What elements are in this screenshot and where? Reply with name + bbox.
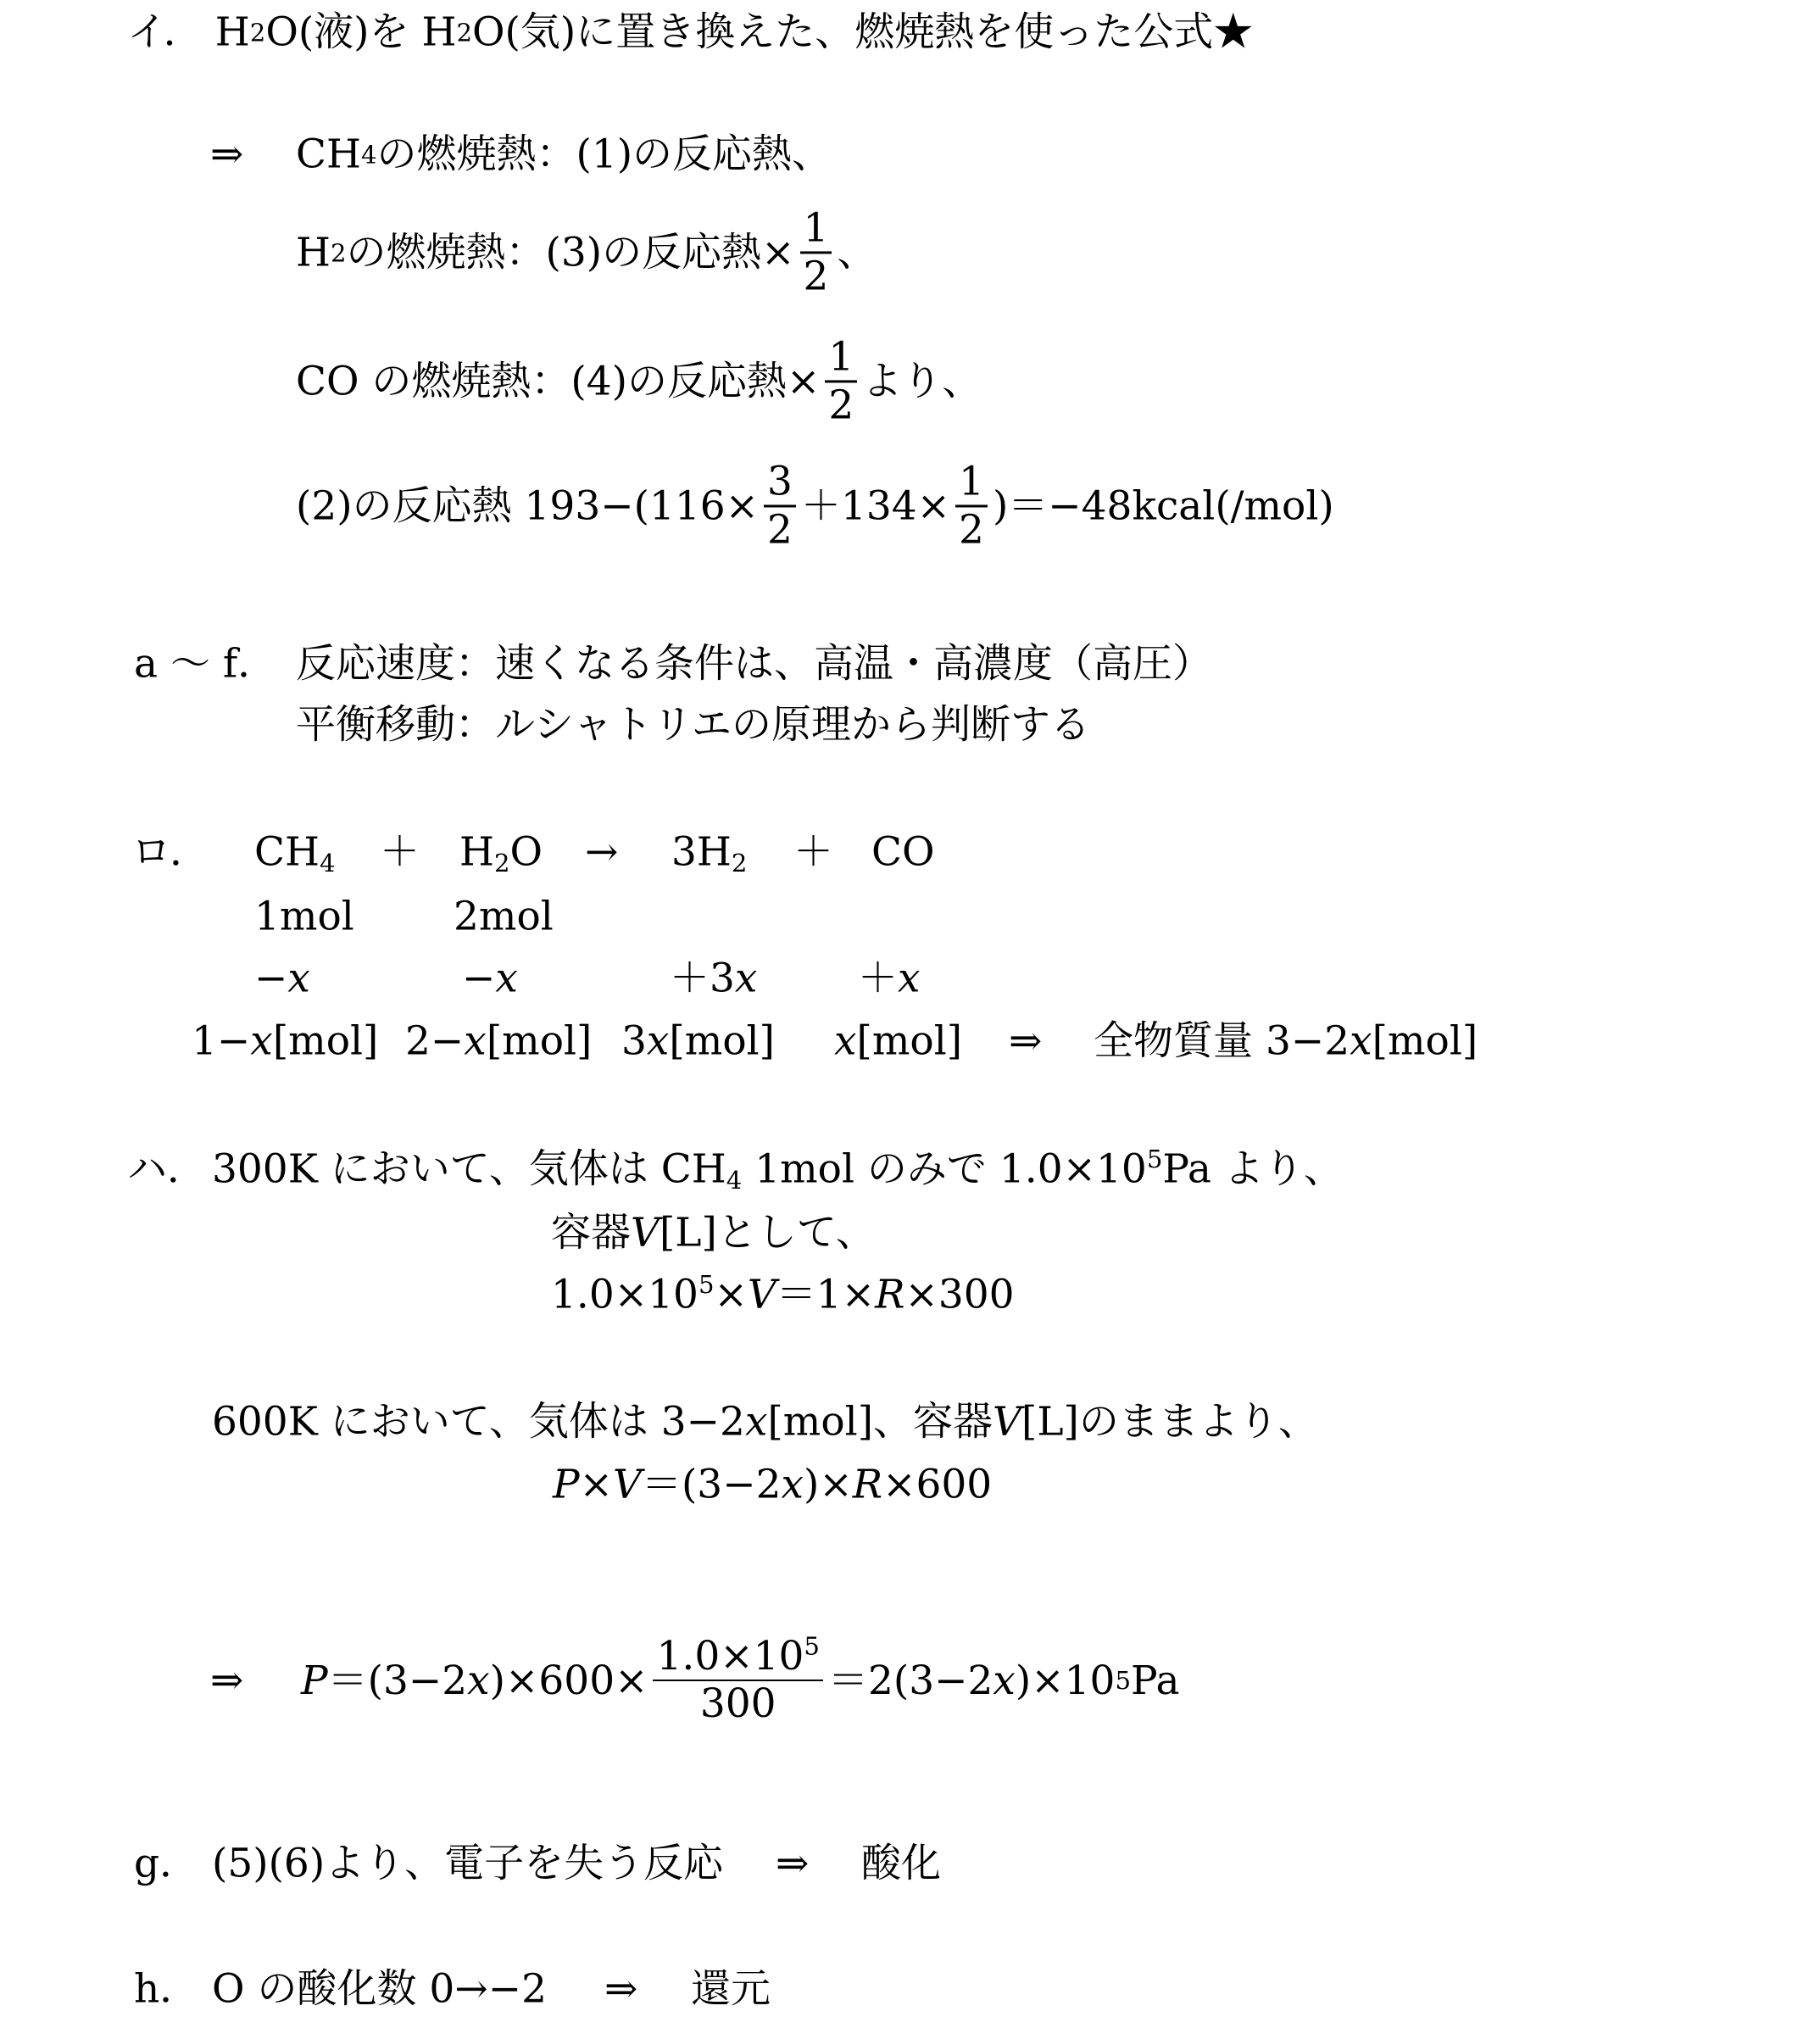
ha-line-ideal-gas-300: 1.0×105×V＝1×R×300	[551, 1275, 1015, 1315]
final-co: x[mol]	[834, 1022, 962, 1061]
section-h-answer: 還元	[691, 1969, 771, 2009]
implies-arrow: ⇒	[604, 1969, 637, 2009]
section-i-title: イ． H2O(液)を H2O(気)に置き換えた、燃焼熱を使った公式★	[127, 13, 1253, 53]
total-moles: 全物質量 3−2x[mol]	[1094, 1022, 1478, 1061]
equilibrium-shift-line: 平衡移動：ルシャトリエの原理から判断する	[296, 705, 1090, 745]
initial-ch4: 1mol	[254, 897, 354, 937]
fraction: 1 2	[825, 334, 857, 428]
fraction: 1 2	[800, 205, 832, 299]
ha-line-volume: 容器V[L]として、	[551, 1213, 876, 1253]
implies-arrow: ⇒	[210, 135, 243, 175]
change-ch4: −x	[254, 959, 310, 999]
change-h2: ＋3x	[670, 959, 757, 999]
eq-h2: 3H2	[671, 833, 747, 872]
section-h-label: h．	[134, 1969, 199, 2009]
reaction-heat-equation: (2)の反応熱 193−(116× 3 2 ＋134× 1 2 )＝−48kca…	[296, 459, 1334, 553]
final-ch4: 1−x[mol]	[192, 1022, 378, 1061]
reaction-rate-line: 反応速度：速くなる条件は、高温・高濃度（高圧）	[296, 644, 1212, 684]
eq-ch4: CH4	[254, 833, 335, 872]
change-h2o: −x	[462, 959, 518, 999]
section-g-text: (5)(6)より、電子を失う反応	[212, 1844, 723, 1884]
fraction: 1.0×105 300	[653, 1634, 822, 1727]
pressure-result-equation: P＝(3−2x)×600× 1.0×105 300 ＝2(3−2x)×105Pa	[301, 1634, 1180, 1727]
ha-line-300k: 300K において、気体は CH4 1mol のみで 1.0×105Pa より、	[212, 1150, 1344, 1189]
eq-plus: ＋	[793, 833, 833, 872]
ha-line-ideal-gas-600: P×V＝(3−2x)×R×600	[553, 1465, 992, 1505]
section-i-label: イ．	[127, 13, 203, 53]
implies-arrow: ⇒	[1009, 1022, 1042, 1061]
eq-h2o: H2O	[459, 833, 543, 872]
fraction: 3 2	[764, 459, 796, 553]
change-co: ＋x	[858, 959, 921, 999]
eq-co: CO	[871, 833, 935, 872]
section-af-label: a ～ f．	[134, 644, 277, 684]
section-g-label: g．	[134, 1844, 199, 1884]
initial-h2o: 2mol	[454, 897, 554, 937]
implies-arrow: ⇒	[210, 1661, 243, 1701]
eq-arrow: →	[585, 833, 618, 872]
section-ro-label: ロ．	[131, 833, 209, 872]
co-combustion-line: CO の燃焼熱：(4)の反応熱× 1 2 より、	[296, 334, 982, 428]
section-g-answer: 酸化	[861, 1844, 941, 1884]
fraction: 1 2	[955, 459, 988, 553]
section-ha-label: ハ．	[127, 1150, 207, 1189]
ch4-combustion-line: CH4の燃焼熱：(1)の反応熱、	[296, 135, 832, 175]
h2-combustion-line: H2の燃焼熱：(3)の反応熱× 1 2 、	[296, 205, 877, 299]
section-h-text: O の酸化数 0→−2	[212, 1969, 547, 2009]
final-h2o: 2−x[mol]	[405, 1022, 592, 1061]
ha-line-600k: 600K において、気体は 3−2x[mol]、容器V[L]のままより、	[212, 1402, 1318, 1442]
eq-plus: ＋	[380, 833, 420, 872]
implies-arrow: ⇒	[776, 1844, 809, 1884]
final-h2: 3x[mol]	[621, 1022, 775, 1061]
